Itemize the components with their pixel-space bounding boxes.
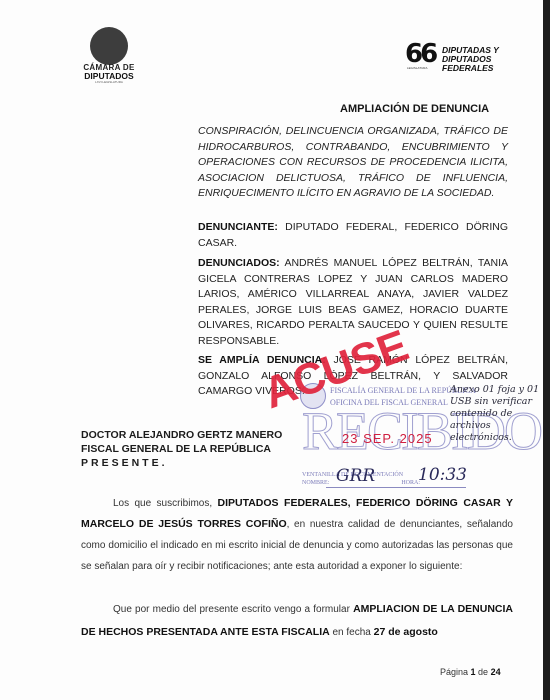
denunciados-block: DENUNCIADOS: ANDRÉS MANUEL LÓPEZ BELTRÁN… [198, 256, 508, 349]
right-logo-text: DIPUTADAS Y DIPUTADOS FEDERALES [442, 46, 499, 73]
document-title: AMPLIACIÓN DE DENUNCIA [340, 103, 489, 115]
chamber-seal-icon [90, 27, 128, 65]
denunciante-label: DENUNCIANTE: [198, 221, 278, 233]
body1-intro: Los que suscribimos, [113, 498, 217, 509]
page-prefix: Página [440, 667, 471, 677]
legislature-subtitle: LEGISLATURA [407, 66, 427, 70]
legislature-number-logo: 66 [405, 41, 435, 67]
denunciados-label: DENUNCIADOS: [198, 257, 280, 269]
body-paragraph-2: Que por medio del presente escrito vengo… [81, 598, 513, 644]
stamp-nombre-value: GRR [336, 466, 375, 486]
recipient-name: DOCTOR ALEJANDRO GERTZ MANERO [81, 428, 282, 442]
offenses-list: CONSPIRACIÓN, DELINCUENCIA ORGANIZADA, T… [198, 124, 508, 202]
body2-intro: Que por medio del presente escrito vengo… [113, 604, 353, 615]
document-page: CÁMARA DE DIPUTADOS LXVI LEGISLATURA 66 … [0, 0, 543, 700]
body-paragraph-1: Los que suscribimos, DIPUTADOS FEDERALES… [81, 493, 513, 577]
body2-mid: en fecha [330, 627, 374, 638]
body2-bold2: 27 de agosto [374, 626, 438, 638]
right-logo-line: FEDERALES [442, 64, 499, 73]
recipient-position: FISCAL GENERAL DE LA REPÚBLICA [81, 442, 282, 456]
page-number: Página 1 de 24 [440, 667, 501, 677]
stamp-date: 23 SEP. 2025 [342, 431, 433, 446]
stamp-hora-value: 10:33 [418, 465, 467, 485]
recipient-block: DOCTOR ALEJANDRO GERTZ MANERO FISCAL GEN… [81, 428, 282, 470]
stamp-signature-line [326, 487, 466, 488]
scan-edge [543, 0, 550, 700]
denunciante-block: DENUNCIANTE: DIPUTADO FEDERAL, FEDERICO … [198, 220, 508, 251]
left-logo-subtitle: LXVI LEGISLATURA [82, 81, 136, 84]
page-sep: de [476, 667, 491, 677]
nombre-label: NOMBRE: [302, 480, 329, 486]
denunciados-value: ANDRÉS MANUEL LÓPEZ BELTRÁN, TANIA GICEL… [198, 257, 508, 347]
handwritten-note: Anexo 01 foja y 01 USB sin verificar con… [450, 384, 543, 444]
recipient-salutation: PRESENTE. [81, 456, 282, 470]
page-total: 24 [491, 667, 501, 677]
